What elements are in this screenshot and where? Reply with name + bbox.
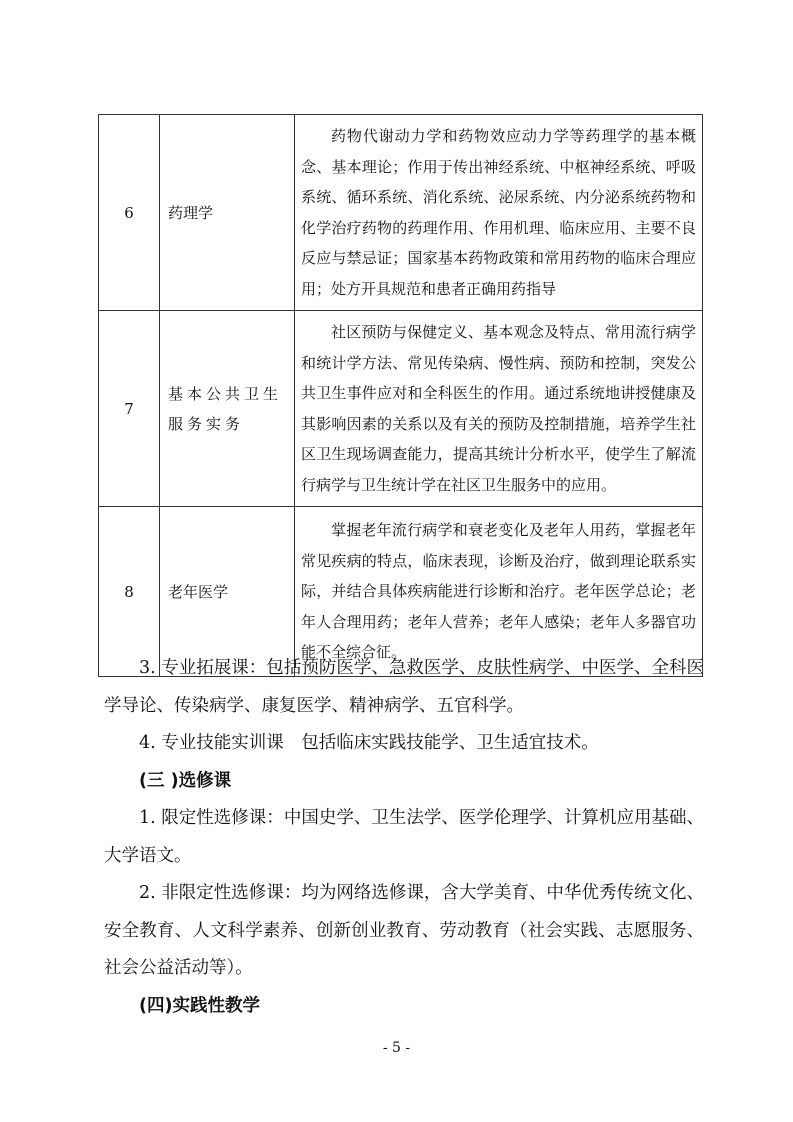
restricted-electives-paragraph: 1. 限定性选修课：中国史学、卫生法学、医学伦理学、计算机应用基础、大学语文。 xyxy=(104,800,704,875)
course-description: 社区预防与保健定义、基本观念及特点、常用流行病学和统计学方法、常见传染病、慢性病… xyxy=(295,311,703,507)
course-name: 基本公共卫生服务实务 xyxy=(160,311,295,507)
page-number: - 5 - xyxy=(0,1040,793,1056)
body-text: 3. 专业拓展课：包括预防医学、急救医学、皮肤性病学、中医学、全科医学导论、传染… xyxy=(104,650,704,1025)
unrestricted-electives-paragraph: 2. 非限定性选修课：均为网络选修课，含大学美育、中华优秀传统文化、安全教育、人… xyxy=(104,875,704,988)
course-name: 药理学 xyxy=(160,115,295,311)
extension-courses-paragraph: 3. 专业拓展课：包括预防医学、急救医学、皮肤性病学、中医学、全科医学导论、传染… xyxy=(104,650,704,725)
course-description-text: 社区预防与保健定义、基本观念及特点、常用流行病学和统计学方法、常见传染病、慢性病… xyxy=(301,317,696,500)
skills-training-paragraph: 4. 专业技能实训课 包括临床实践技能学、卫生适宜技术。 xyxy=(104,725,704,763)
course-number: 6 xyxy=(99,115,160,311)
document-page: 6 药理学 药物代谢动力学和药物效应动力学等药理学的基本概念、基本理论；作用于传… xyxy=(0,0,793,1122)
course-description-text: 掌握老年流行病学和衰老变化及老年人用药，掌握老年常见疾病的特点，临床表现，诊断及… xyxy=(301,515,696,668)
course-description-text: 药物代谢动力学和药物效应动力学等药理学的基本概念、基本理论；作用于传出神经系统、… xyxy=(301,121,696,304)
table-row: 6 药理学 药物代谢动力学和药物效应动力学等药理学的基本概念、基本理论；作用于传… xyxy=(99,115,703,311)
course-description: 药物代谢动力学和药物效应动力学等药理学的基本概念、基本理论；作用于传出神经系统、… xyxy=(295,115,703,311)
section-heading-practical-teaching: (四)实践性教学 xyxy=(104,988,704,1026)
table-row: 7 基本公共卫生服务实务 社区预防与保健定义、基本观念及特点、常用流行病学和统计… xyxy=(99,311,703,507)
course-number: 7 xyxy=(99,311,160,507)
course-table: 6 药理学 药物代谢动力学和药物效应动力学等药理学的基本概念、基本理论；作用于传… xyxy=(98,114,703,677)
section-heading-electives: (三 )选修课 xyxy=(104,763,704,801)
